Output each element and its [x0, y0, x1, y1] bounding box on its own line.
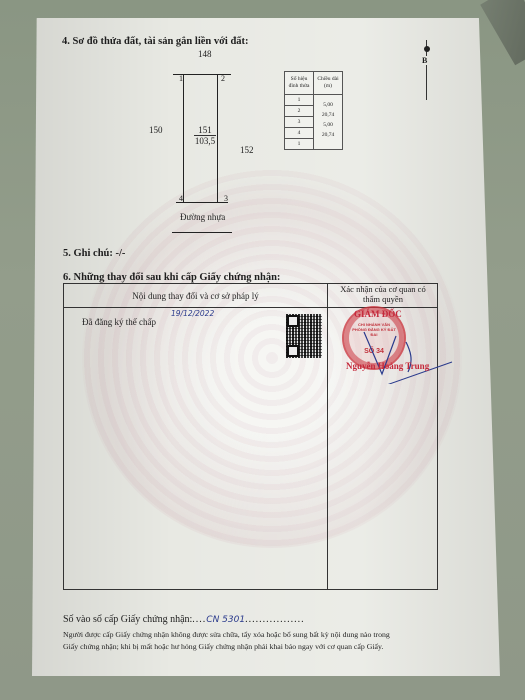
certificate-page: 4. Sơ đồ thửa đất, tài sản gắn liền với …: [32, 18, 500, 676]
parcel-number: 151: [194, 126, 216, 136]
background-strap: [480, 0, 525, 65]
parcel-area: 103,5: [191, 137, 219, 146]
length-2-3: 20,74: [314, 112, 342, 118]
length-1-2: 5,00: [314, 102, 342, 108]
header-authority-confirmation: Xác nhận của cơ quan có thẩm quyền: [328, 285, 438, 304]
footer-note-line-1: Người được cấp Giấy chứng nhận không đượ…: [63, 630, 390, 639]
qr-code: [286, 314, 322, 358]
road-label: Đường nhựa: [180, 212, 225, 222]
header-length: Chiều dài (m): [314, 72, 343, 95]
corner-4: 4: [179, 194, 183, 203]
north-label: B: [422, 56, 427, 65]
plot-left-edge: [183, 74, 184, 202]
corner-2: 2: [221, 74, 225, 83]
plot-bottom-edge: [176, 202, 228, 203]
section-5-notes: 5. Ghi chú: -/-: [63, 248, 125, 259]
length-3-4: 5,00: [314, 122, 342, 128]
neighbor-top-label: 148: [198, 49, 212, 59]
header-change-content: Nội dung thay đổi và cơ sở pháp lý: [64, 291, 327, 301]
registry-number-line: Số vào sổ cấp Giấy chứng nhận:....CN 530…: [63, 614, 305, 625]
change-content: Đã đăng ký thế chấp: [82, 317, 156, 327]
neighbor-right-label: 152: [240, 145, 254, 155]
corner-1: 1: [179, 74, 183, 83]
north-arrow: B: [422, 40, 432, 100]
header-point: Số hiệu đỉnh thửa: [285, 72, 314, 95]
length-4-1: 20,74: [314, 132, 342, 138]
section-4-title: 4. Sơ đồ thửa đất, tài sản gắn liền với …: [62, 36, 249, 47]
signature-icon: [344, 324, 454, 384]
road-edge: [172, 232, 232, 233]
registry-label: Số vào sổ cấp Giấy chứng nhận:: [63, 614, 192, 625]
footer-note-line-2: Giấy chứng nhận; khi bị mất hoặc hư hỏng…: [63, 642, 383, 651]
changes-table: Nội dung thay đổi và cơ sở pháp lý Xác n…: [63, 283, 438, 590]
registry-value: CN 5301: [206, 615, 245, 625]
handwritten-date: 19/12/2022: [171, 309, 214, 318]
signer-title: GIÁM ĐỐC: [354, 309, 402, 319]
signer-name: Nguyễn Hoàng Trung: [346, 361, 429, 371]
neighbor-left-label: 150: [149, 125, 163, 135]
corner-3: 3: [224, 194, 228, 203]
section-6-title: 6. Những thay đổi sau khi cấp Giấy chứng…: [63, 272, 280, 283]
coordinate-table: Số hiệu đỉnh thửa Chiều dài (m) 1 5,00 2…: [284, 71, 343, 150]
